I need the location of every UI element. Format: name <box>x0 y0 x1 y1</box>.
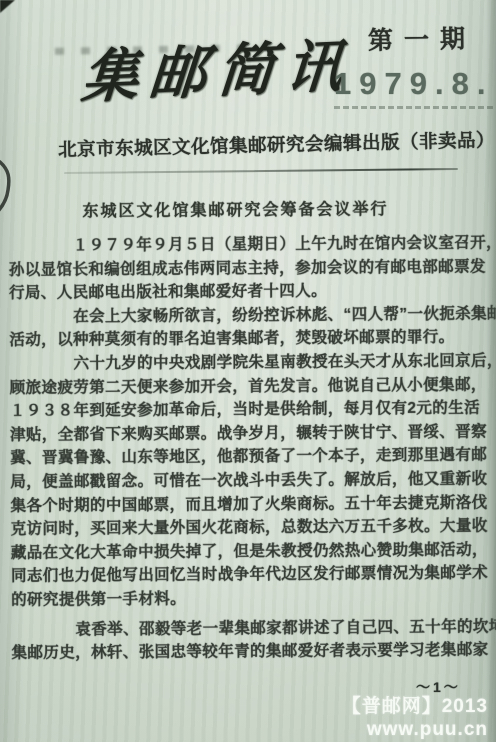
article-body: 东城区文化馆集邮研究会筹备会议举行 １９７９年９月５日（星期日）上午九时在馆内会… <box>8 195 495 664</box>
text-line: １９７９年９月５日（星期日）上午九时在馆内会议室召开，由 <box>9 230 493 257</box>
text-line: 津贴，全都省下来购买邮票。战争岁月，辗转于陕甘宁、晋绥、晋察 <box>10 419 494 446</box>
watermark-url: www.puu.cn <box>342 718 488 741</box>
text-line: 冀、晋冀鲁豫、山东等地区，他都预备了一个本子，走到那里遇有邮 <box>10 443 494 470</box>
newsletter-title-calligraphy: 集邮简讯 <box>79 20 357 114</box>
text-line: 活动，以种种莫须有的罪名迫害集邮者，焚毁破坏邮票的罪行。 <box>9 325 493 352</box>
publisher-line: 北京市东城区文化馆集邮研究会编辑出版（非卖品） <box>58 126 495 162</box>
article-lines: １９７９年９月５日（星期日）上午九时在馆内会议室召开，由孙以显馆长和编创组成志伟… <box>9 230 496 664</box>
watermark-site: 【普邮网】2013 <box>342 695 488 718</box>
text-line: 集各个时期的中国邮票，而且增加了火柴商标。五十年去捷克斯洛伐 <box>10 490 494 517</box>
issue-date: 1979.8. <box>334 66 493 109</box>
text-line: 在会上大家畅所欲言，纷纷控诉林彪、“四人帮”一伙扼杀集邮 <box>9 301 493 328</box>
article-heading: 东城区文化馆集邮研究会筹备会议举行 <box>82 195 492 221</box>
text-line: 孙以显馆长和编创组成志伟两同志主持，参加会议的有邮电部邮票发 <box>9 254 493 281</box>
scanned-newsletter-page: 集邮简讯 第一期 1979.8. 北京市东城区文化馆集邮研究会编辑出版（非卖品）… <box>0 0 496 742</box>
text-line: 局，便盖邮戳留念。可惜在一次战斗中丢失了。解放后，他又重新收 <box>10 466 494 493</box>
text-line: 行局、人民邮电出版社和集邮爱好者十四人。 <box>9 278 493 305</box>
header-divider-rule <box>64 168 458 174</box>
text-line: 集邮历史，林轩、张国忠等较年青的集邮爱好者表示要学习老集邮家 <box>11 637 495 664</box>
text-line: １９３８年到延安参加革命后，当时是供给制，每月仅有2元的生活 <box>10 395 494 422</box>
issue-number: 第一期 <box>368 19 477 57</box>
text-line: 的研究提供第一手材料。 <box>11 584 495 611</box>
page-number: ～1～ <box>416 677 461 697</box>
text-line: 六十九岁的中央戏剧学院朱星南教授在头天才从东北回京后，不 <box>9 348 493 375</box>
text-line: 藏品在文化大革命中损失掉了，但是朱教授仍然热心赞助集邮活动， <box>11 537 495 564</box>
text-line: 克访问时，买回来大量外国火花商标，总数达六万五千多枚。大量收 <box>11 513 495 540</box>
watermark: 【普邮网】2013 www.puu.cn <box>342 695 488 741</box>
text-line: 顾旅途疲劳第二天便来参加开会，首先发言。他说自己从小便集邮， <box>10 372 494 399</box>
text-line: 同志们也力促他写出回忆当时战争年代边区发行邮票情况为集邮学术 <box>11 561 495 588</box>
text-line: 袁香举、邵毅等老一辈集邮家都讲述了自己四、五十年的坎坷的 <box>11 614 495 641</box>
scan-corner-shadow <box>0 0 15 13</box>
